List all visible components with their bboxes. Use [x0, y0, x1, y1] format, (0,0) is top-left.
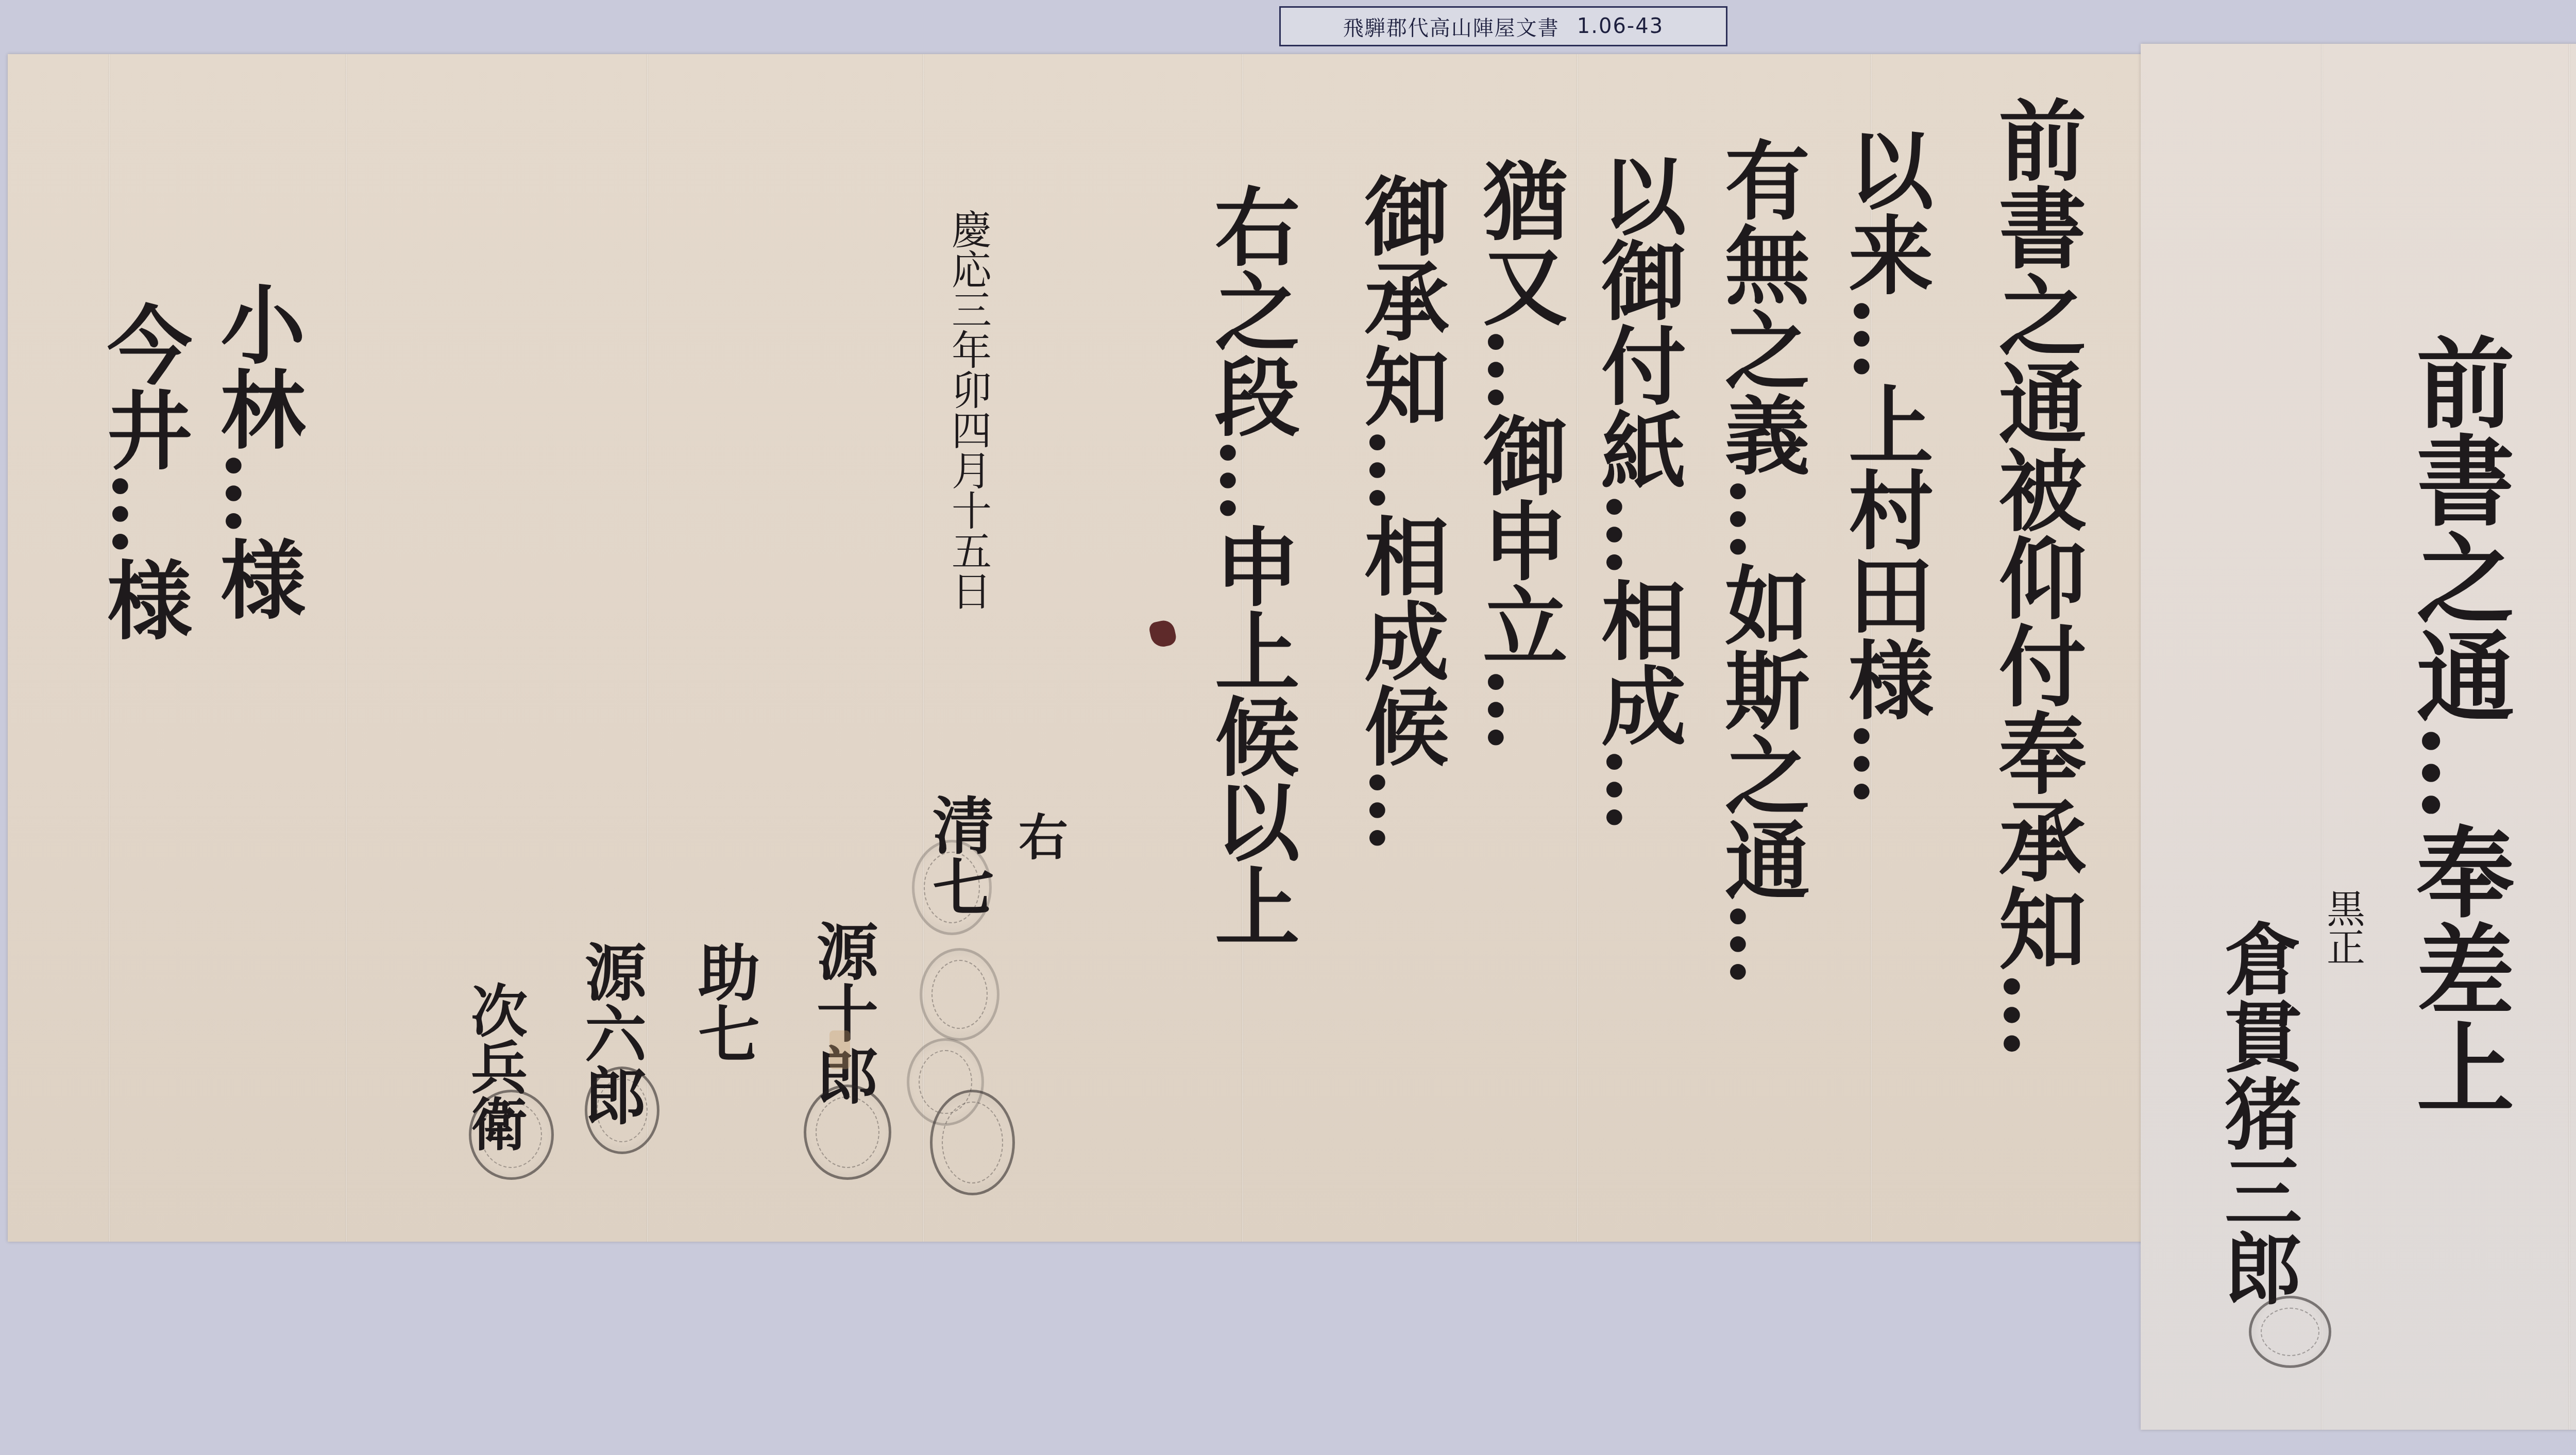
seal-stamp — [585, 1067, 659, 1154]
archive-label-title: 飛騨郡代高山陣屋文書 — [1343, 12, 1560, 41]
seal-stamp — [804, 1085, 891, 1180]
body-column-2: 以来…上村田様… — [1842, 126, 1927, 806]
document-sheet-right: 高山 御役所 前書之通…奉差上 黒正 倉貫猪三郎 — [2141, 44, 2576, 1430]
body-column-6: 御承知…相成候… — [1358, 173, 1443, 853]
seal-stamp — [912, 840, 992, 935]
archive-label-code: 1.06-43 — [1577, 14, 1664, 38]
paper-smudge — [829, 1030, 850, 1069]
fold-line — [2321, 44, 2323, 1430]
addressee-2: 今井…様 — [100, 301, 185, 641]
signatory-3: 助七 — [693, 940, 755, 1064]
archive-label: 飛騨郡代高山陣屋文書 1.06-43 — [1279, 6, 1727, 46]
body-column-4: 以御付紙…相成… — [1595, 152, 1680, 832]
body-column-5: 猶又…御申立… — [1476, 157, 1561, 752]
document-date: 慶応三年卯四月十五日 — [948, 209, 988, 611]
right-marker: 右 — [1015, 811, 1064, 860]
seal-stamp — [469, 1090, 554, 1180]
document-sheet-main: 小林…様 今井…様 清七 源十郎 助七 源六郎 次兵衛 右 慶応三年卯四月十五日… — [8, 54, 2151, 1242]
fold-line — [2568, 44, 2570, 1430]
right-body-column: 前書之通…奉差上 — [2409, 332, 2506, 1115]
fold-line — [1577, 54, 1579, 1242]
addressee-1: 小林…様 — [214, 281, 299, 621]
signer-name: 倉貫猪三郎 — [2218, 920, 2295, 1306]
seal-stamp — [920, 948, 999, 1041]
body-column-1: 前書之通被仰付奉承知… — [1991, 95, 2079, 1059]
fold-line — [108, 54, 110, 1242]
body-column-7: 右之段…申上候以上 — [1208, 183, 1293, 948]
body-column-3: 有無之義…如斯之通… — [1718, 137, 1803, 987]
signatory-2: 源十郎 — [811, 920, 873, 1105]
seal-stamp — [2249, 1296, 2331, 1368]
red-stain-mark — [1148, 619, 1177, 649]
signer-note: 黒正 — [2324, 889, 2362, 966]
seal-stamp — [907, 1038, 984, 1126]
fold-line — [345, 54, 347, 1242]
